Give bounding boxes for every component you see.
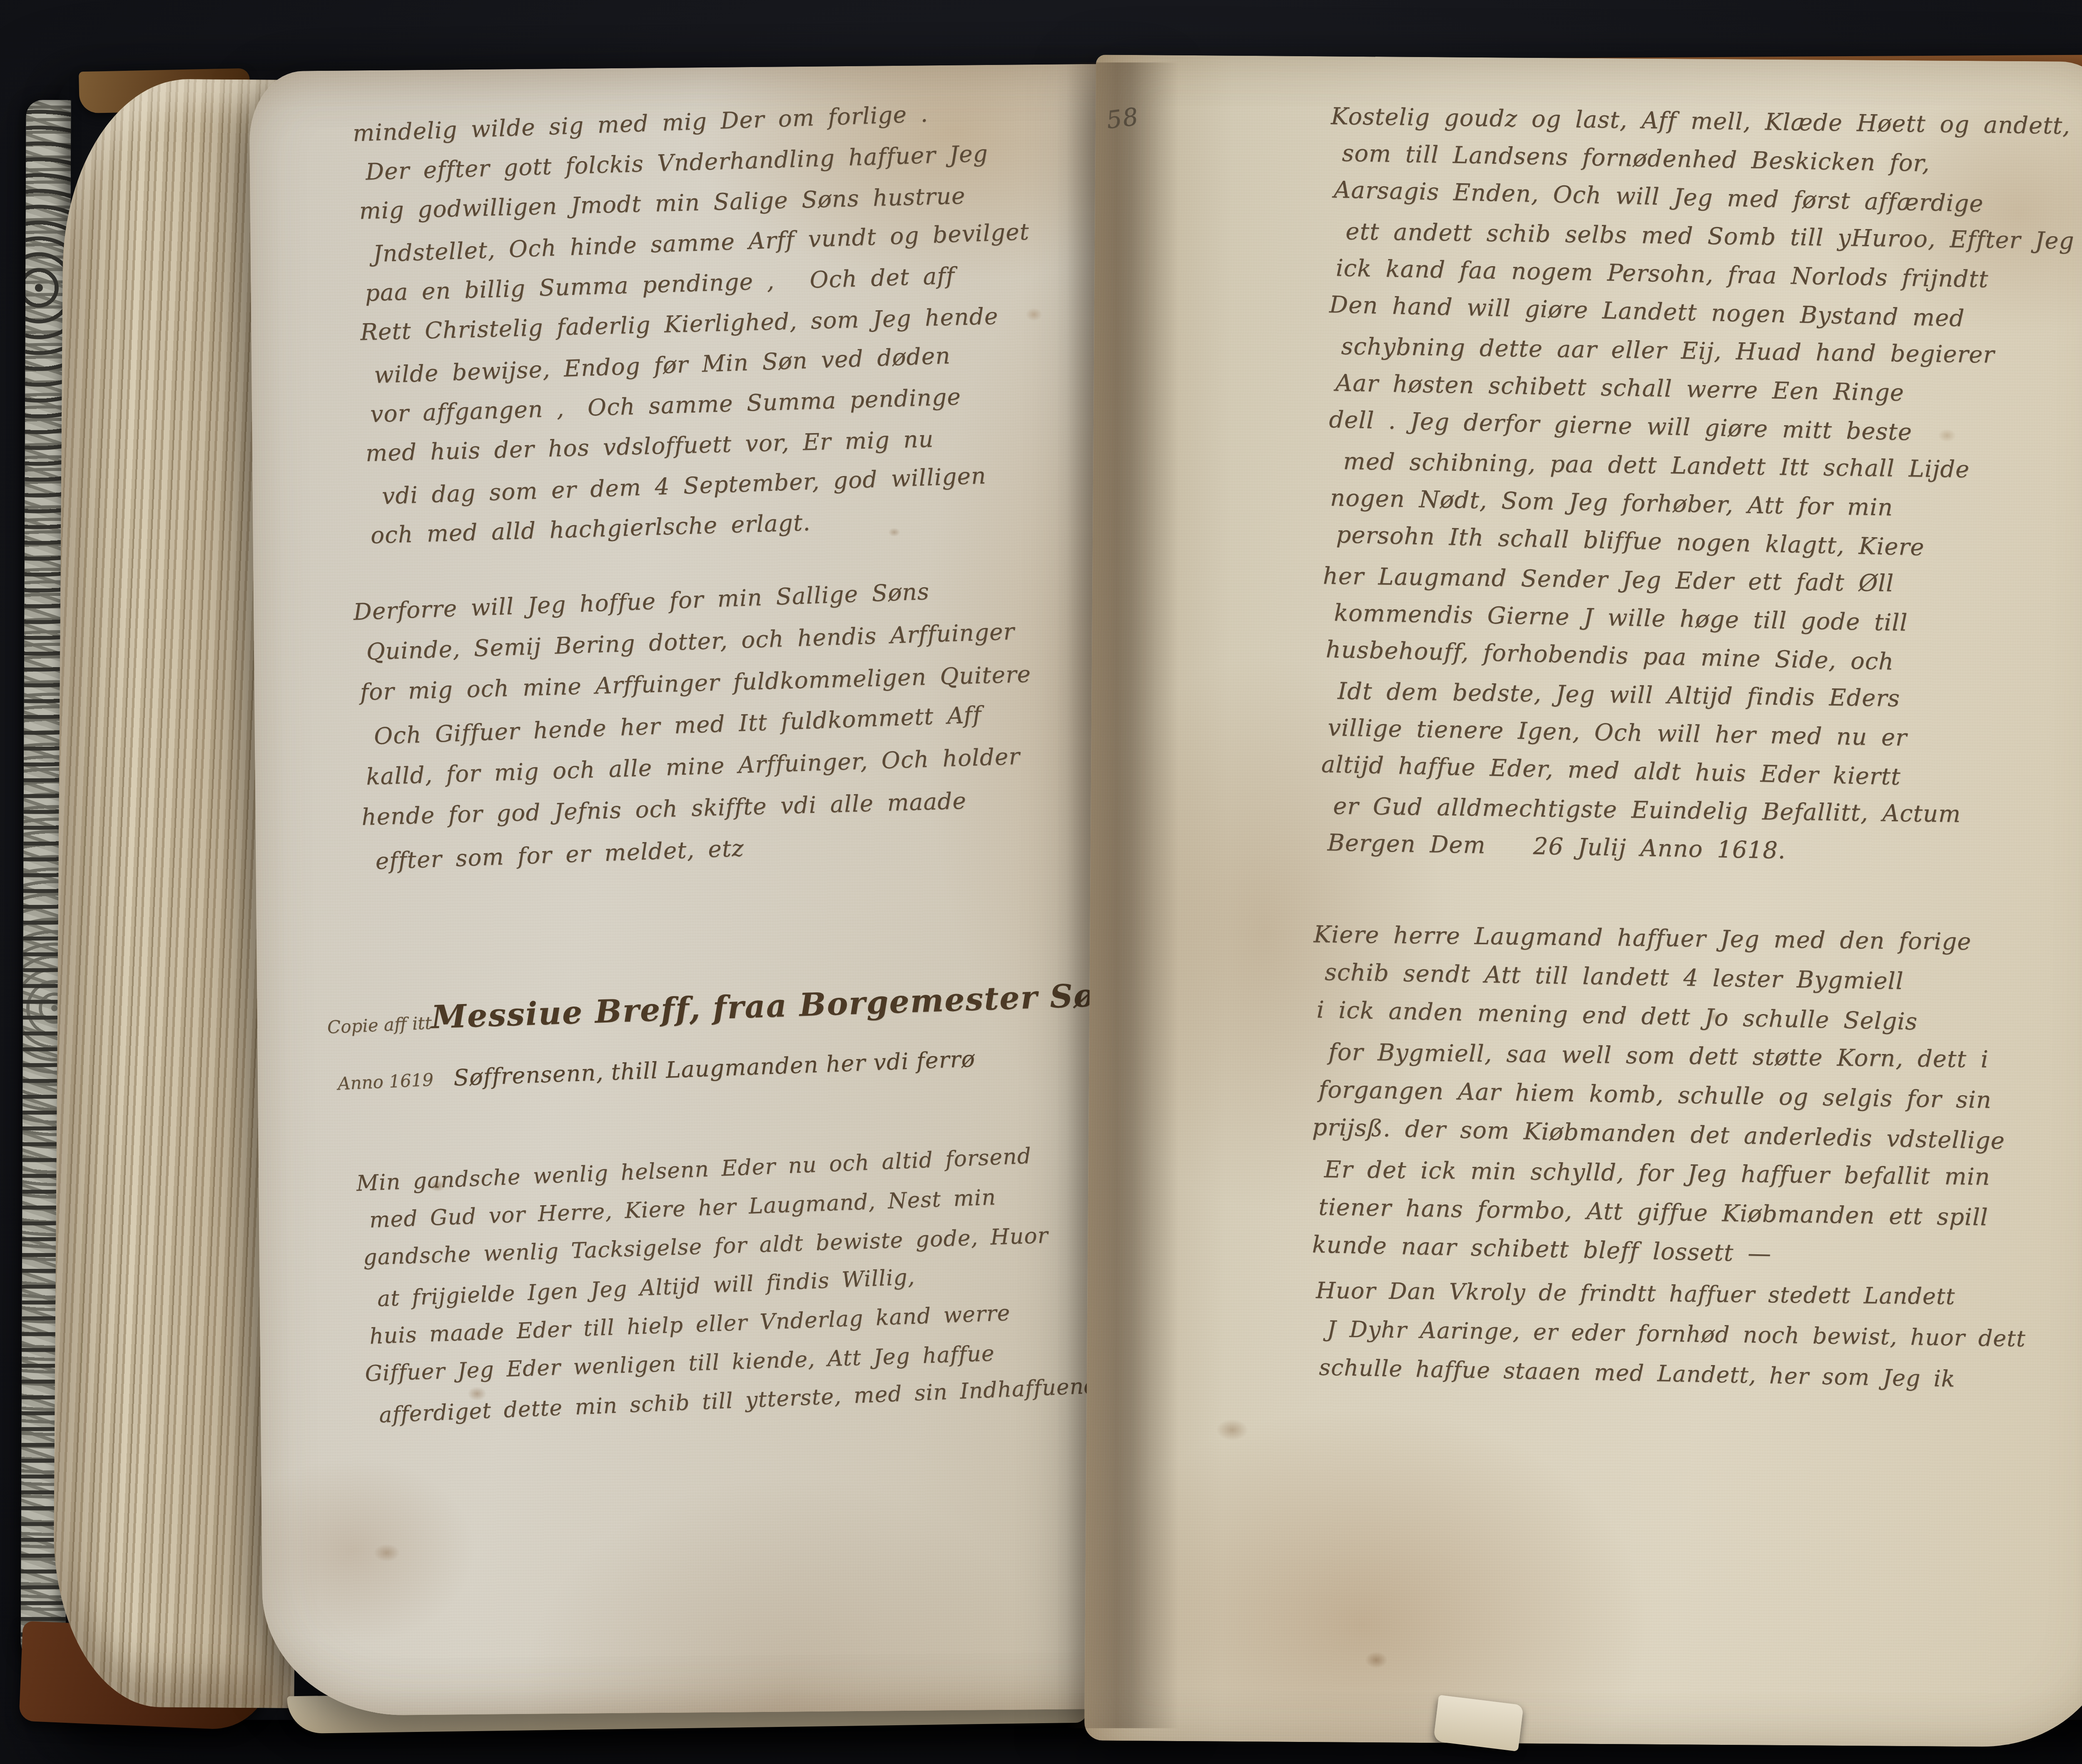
photo-background: mindelig wilde sig med mig Der om forlig… (0, 0, 2082, 1764)
margin-note-copie: Copie aff itt (327, 1012, 432, 1037)
letter-heading-title: Messiue Breff, fraa Borgemester Søffren (431, 974, 1187, 1036)
right-paragraph-1: Kostelig goudz og last, Aff mell, Klæde … (1318, 96, 2077, 875)
letter-heading-subtitle: Søffrensenn, thill Laugmanden her vdi fe… (453, 1046, 976, 1091)
left-page: mindelig wilde sig med mig Der om forlig… (249, 64, 1167, 1717)
right-page: 58 Kostelig goudz og last, Aff mell, Klæ… (1084, 55, 2082, 1747)
paper-tab-bottom-right (1433, 1695, 1524, 1752)
margin-note-anno: Anno 1619 (337, 1069, 434, 1094)
right-paragraph-3: Huor Dan Vkroly de frindtt haffuer stede… (1315, 1269, 2027, 1399)
folio-page-number: 58 (1105, 102, 1141, 135)
left-paragraph-3: Min gandsche wenlig helsenn Eder nu och … (356, 1136, 1112, 1434)
right-paragraph-2: Kiere herre Laugmand haffuer Jeg med den… (1308, 914, 2008, 1277)
left-paragraph-1: mindelig wilde sig med mig Der om forlig… (352, 92, 1039, 556)
left-paragraph-2: Derforre will Jeg hoffue for min Sallige… (353, 568, 1037, 881)
book: mindelig wilde sig med mig Der om forlig… (0, 0, 2082, 1764)
